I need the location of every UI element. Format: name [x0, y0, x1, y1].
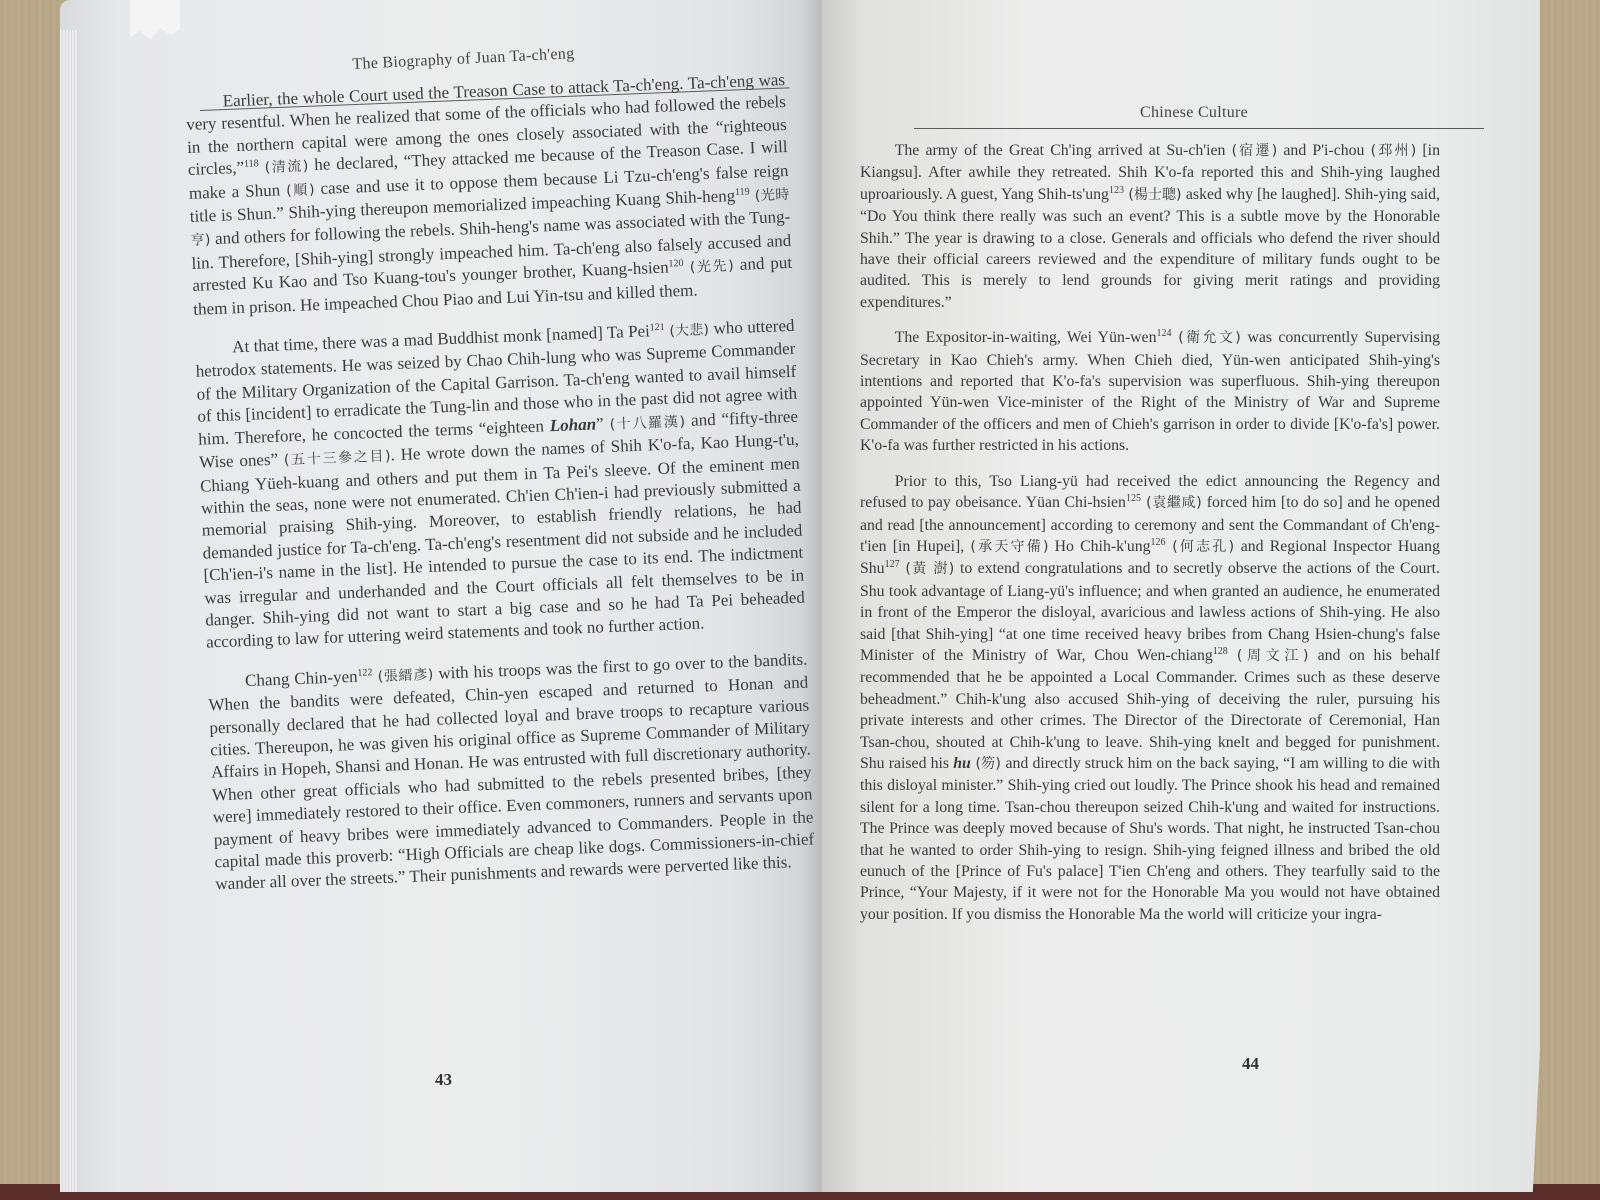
left-running-head: The Biography of Juan Ta-ch'eng — [352, 45, 575, 74]
footnote-ref: 126 — [1151, 537, 1166, 548]
chinese-characters: (笏) — [971, 756, 1006, 772]
text-run: Ho Chih-k'ung — [1048, 538, 1150, 555]
chinese-characters: (黃 澍) — [900, 561, 960, 577]
left-page-number: 43 — [435, 1070, 452, 1090]
text-run: was concurrently Supervising Secretary i… — [860, 329, 1440, 454]
text-run: The army of the Great Ch'ing arrived at … — [895, 142, 1232, 159]
footnote-ref: 124 — [1156, 328, 1171, 339]
chinese-characters: (袁繼咸) — [1141, 495, 1207, 511]
left-paragraph: Earlier, the whole Court used the Treaso… — [185, 69, 793, 321]
chinese-characters: (光先) — [683, 258, 740, 276]
text-run: Chang Chin-yen — [245, 667, 358, 690]
chinese-characters: (十八羅漢) — [603, 414, 691, 433]
footnote-ref: 121 — [649, 322, 664, 334]
italic-term: Lohan — [549, 414, 596, 435]
right-running-head: Chinese Culture — [1140, 104, 1248, 122]
chinese-characters: (宿遷) — [1232, 143, 1278, 159]
footnote-ref: 122 — [357, 667, 372, 679]
footnote-ref: 118 — [244, 158, 259, 170]
footnote-ref: 120 — [668, 258, 683, 270]
left-body-text: Earlier, the whole Court used the Treaso… — [185, 69, 816, 913]
text-run: The Expositor-in-waiting, Wei Yün-wen — [895, 329, 1157, 346]
chinese-characters: (邳州) — [1371, 143, 1417, 159]
text-run: and P'i-chou — [1277, 142, 1370, 159]
left-paragraph: Chang Chin-yen122 (張縉彥) with his troops … — [207, 648, 815, 896]
footnote-ref: 119 — [735, 186, 750, 198]
left-page: The Biography of Juan Ta-ch'eng Earlier,… — [60, 0, 822, 1192]
italic-term: hu — [953, 755, 971, 772]
chinese-characters: (大悲) — [665, 322, 714, 340]
footnote-ref: 123 — [1109, 185, 1124, 196]
footnote-ref: 125 — [1126, 493, 1141, 504]
footnote-ref: 128 — [1213, 646, 1228, 657]
chinese-characters: (順) — [286, 182, 315, 199]
chinese-characters: (衛允文) — [1171, 330, 1247, 346]
chinese-characters: (承天守備) — [970, 539, 1048, 555]
chinese-characters: (五十三參之目) — [284, 448, 391, 468]
right-head-rule — [914, 128, 1484, 129]
chinese-characters: (張縉彥) — [372, 666, 438, 685]
chinese-characters: (清流) — [258, 158, 314, 176]
torn-corner — [130, 0, 180, 50]
text-run: and directly struck him on the back sayi… — [860, 755, 1440, 923]
right-body-text: The army of the Great Ch'ing arrived at … — [860, 140, 1440, 939]
footnote-ref: 127 — [885, 559, 900, 570]
chinese-characters: (何志孔) — [1166, 539, 1241, 555]
right-paragraph: The Expositor-in-waiting, Wei Yün-wen124… — [860, 327, 1440, 456]
text-run: and on his behalf recommended that he be… — [860, 647, 1440, 772]
chinese-characters: (周文江) — [1228, 648, 1318, 664]
chinese-characters: (楊士聰) — [1124, 187, 1186, 203]
right-paragraph: The army of the Great Ch'ing arrived at … — [860, 140, 1440, 313]
right-page-number: 44 — [1242, 1054, 1259, 1074]
open-book-spread: The Biography of Juan Ta-ch'eng Earlier,… — [60, 0, 1540, 1192]
text-run: asked why [he laughed]. Shih-ying said, … — [860, 186, 1440, 311]
right-paragraph: Prior to this, Tso Liang-yü had received… — [860, 471, 1440, 926]
left-paragraph: At that time, there was a mad Buddhist m… — [194, 315, 806, 654]
